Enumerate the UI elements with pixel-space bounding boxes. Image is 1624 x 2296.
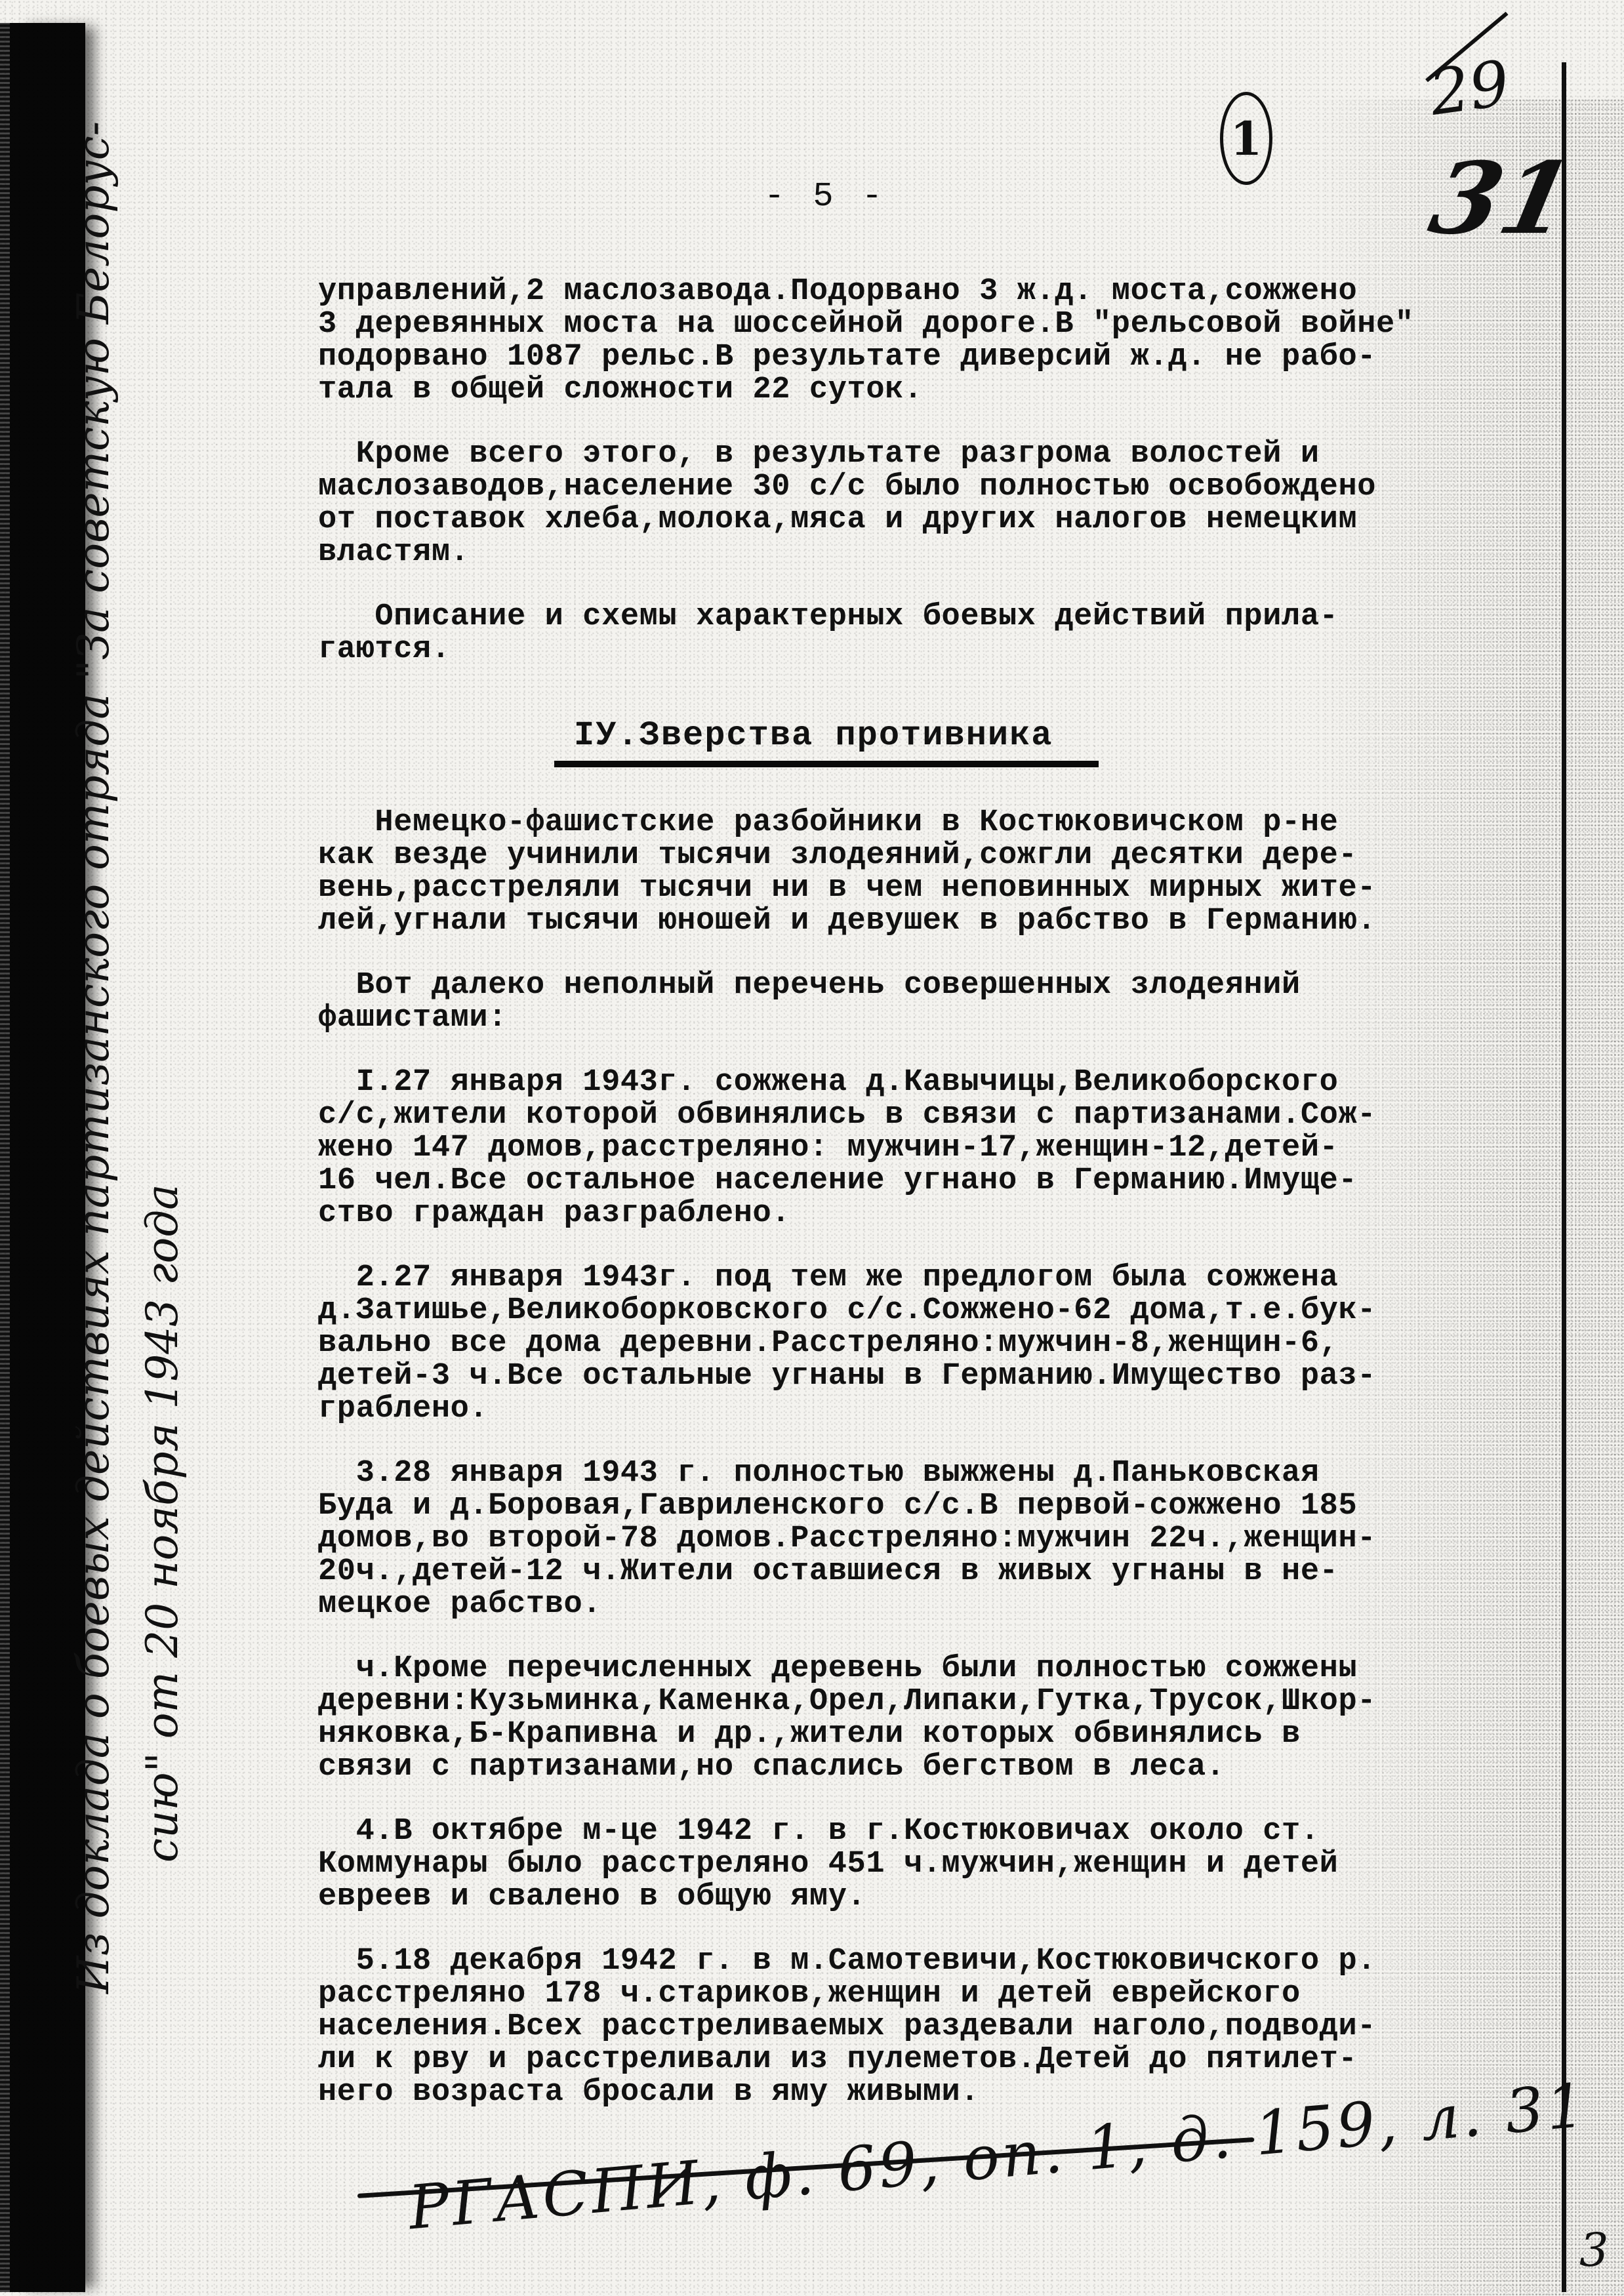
section-heading-underline <box>554 761 1099 767</box>
body-text-bottom: Немецко-фашистские разбойники в Костюков… <box>318 807 1551 2109</box>
section-heading: IУ.Зверства противника <box>574 716 1053 755</box>
paragraph-gap <box>318 1230 1551 1262</box>
text-line: связи с партизанами,но спаслись бегством… <box>318 1751 1551 1784</box>
text-line: гаются. <box>318 634 1551 666</box>
text-line: деревни:Кузьминка,Каменка,Орел,Липаки,Гу… <box>318 1685 1551 1718</box>
paragraph-gap <box>318 938 1551 969</box>
text-line: Буда и д.Боровая,Гавриленского с/с.В пер… <box>318 1490 1551 1523</box>
text-line: управлений,2 маслозавода.Подорвано 3 ж.д… <box>318 275 1551 308</box>
paragraph: Описание и схемы характерных боевых дейс… <box>318 601 1551 666</box>
text-line: 20ч.,детей-12 ч.Жители оставшиеся в живы… <box>318 1556 1551 1588</box>
paragraph: Немецко-фашистские разбойники в Костюков… <box>318 807 1551 938</box>
text-line: мецкое рабство. <box>318 1588 1551 1621</box>
text-line: 4.В октябре м-це 1942 г. в г.Костюковича… <box>318 1815 1551 1848</box>
text-line: расстреляно 178 ч.стариков,женщин и дете… <box>318 1978 1551 2011</box>
paragraph-gap <box>318 1784 1551 1815</box>
paragraph-gap <box>318 1426 1551 1457</box>
margin-note-line-1: Из доклада о боевых действиях партизанск… <box>59 59 128 1994</box>
text-line: ство граждан разграблено. <box>318 1198 1551 1230</box>
text-line: I.27 января 1943г. сожжена д.Кавычицы,Ве… <box>318 1066 1551 1099</box>
paragraph: 3.28 января 1943 г. полностью выжжены д.… <box>318 1457 1551 1621</box>
text-line: как везде учинили тысячи злодеяний,сожгл… <box>318 839 1551 872</box>
text-line: детей-3 ч.Все остальные угнаны в Германи… <box>318 1360 1551 1393</box>
text-line: ч.Кроме перечисленных деревень были полн… <box>318 1653 1551 1685</box>
handwritten-margin-note: Из доклада о боевых действиях партизанск… <box>59 59 197 1994</box>
folio-crossed-out: 29 <box>1425 47 1514 130</box>
text-line: подорвано 1087 рельс.В результате диверс… <box>318 341 1551 374</box>
paragraph: 4.В октябре м-це 1942 г. в г.Костюковича… <box>318 1815 1551 1914</box>
text-line: няковка,Б-Крапивна и др.,жители которых … <box>318 1718 1551 1751</box>
circled-number: 1 <box>1220 92 1272 185</box>
text-line: жено 147 домов,расстреляно: мужчин-17,же… <box>318 1132 1551 1165</box>
circled-number-value: 1 <box>1230 111 1263 166</box>
paragraph-gap <box>318 569 1551 601</box>
paragraph: 5.18 декабря 1942 г. в м.Самотевичи,Кост… <box>318 1945 1551 2109</box>
paragraph-gap <box>318 1914 1551 1945</box>
text-line: Вот далеко неполный перечень совершенных… <box>318 969 1551 1002</box>
text-line: вально все дома деревни.Расстреляно:мужч… <box>318 1327 1551 1360</box>
text-line: 5.18 декабря 1942 г. в м.Самотевичи,Кост… <box>318 1945 1551 1978</box>
text-line: вень,расстреляли тысячи ни в чем неповин… <box>318 872 1551 905</box>
text-line: от поставок хлеба,молока,мяса и других н… <box>318 504 1551 536</box>
text-line: д.Затишье,Великоборковского с/с.Сожжено-… <box>318 1295 1551 1327</box>
text-line: ли к рву и расстреливали из пулеметов.Де… <box>318 2044 1551 2076</box>
margin-note-line-2: сию" от 20 ноября 1943 года <box>128 59 197 1994</box>
text-line: Коммунары было расстреляно 451 ч.мужчин,… <box>318 1848 1551 1881</box>
folio-number: 31 <box>1421 141 1582 256</box>
paragraph: I.27 января 1943г. сожжена д.Кавычицы,Ве… <box>318 1066 1551 1230</box>
paragraph: ч.Кроме перечисленных деревень были полн… <box>318 1653 1551 1784</box>
text-line: домов,во второй-78 домов.Расстреляно:муж… <box>318 1523 1551 1556</box>
paragraph: Кроме всего этого, в результате разгрома… <box>318 438 1551 569</box>
text-line: 3 деревянных моста на шоссейной дороге.В… <box>318 308 1551 341</box>
text-line: с/с,жители которой обвинялись в связи с … <box>318 1099 1551 1132</box>
body-text-top: управлений,2 маслозавода.Подорвано 3 ж.д… <box>318 275 1551 666</box>
paragraph: 2.27 января 1943г. под тем же предлогом … <box>318 1262 1551 1426</box>
text-line: властям. <box>318 536 1551 569</box>
text-line: фашистами: <box>318 1002 1551 1035</box>
text-line: тала в общей сложности 22 суток. <box>318 374 1551 407</box>
text-line: 2.27 января 1943г. под тем же предлогом … <box>318 1262 1551 1295</box>
text-line: граблено. <box>318 1393 1551 1426</box>
corner-page-number: 3 <box>1579 2223 1609 2277</box>
paragraph-gap <box>318 1621 1551 1653</box>
paragraph-gap <box>318 1035 1551 1066</box>
text-line: маслозаводов,население 30 с/с было полно… <box>318 471 1551 504</box>
text-line: 16 чел.Все остальное население угнано в … <box>318 1165 1551 1198</box>
text-line: населения.Всех расстреливаемых раздевали… <box>318 2011 1551 2044</box>
paragraph: управлений,2 маслозавода.Подорвано 3 ж.д… <box>318 275 1551 407</box>
text-line: Немецко-фашистские разбойники в Костюков… <box>318 807 1551 839</box>
page-number: - 5 - <box>764 177 886 216</box>
text-line: 3.28 января 1943 г. полностью выжжены д.… <box>318 1457 1551 1490</box>
paragraph: Вот далеко неполный перечень совершенных… <box>318 969 1551 1035</box>
text-line: лей,угнали тысячи юношей и девушек в раб… <box>318 905 1551 938</box>
text-line: евреев и свалено в общую яму. <box>318 1881 1551 1914</box>
text-line: Описание и схемы характерных боевых дейс… <box>318 601 1551 634</box>
right-margin-line <box>1562 62 1566 2292</box>
paragraph-gap <box>318 407 1551 438</box>
text-line: Кроме всего этого, в результате разгрома… <box>318 438 1551 471</box>
